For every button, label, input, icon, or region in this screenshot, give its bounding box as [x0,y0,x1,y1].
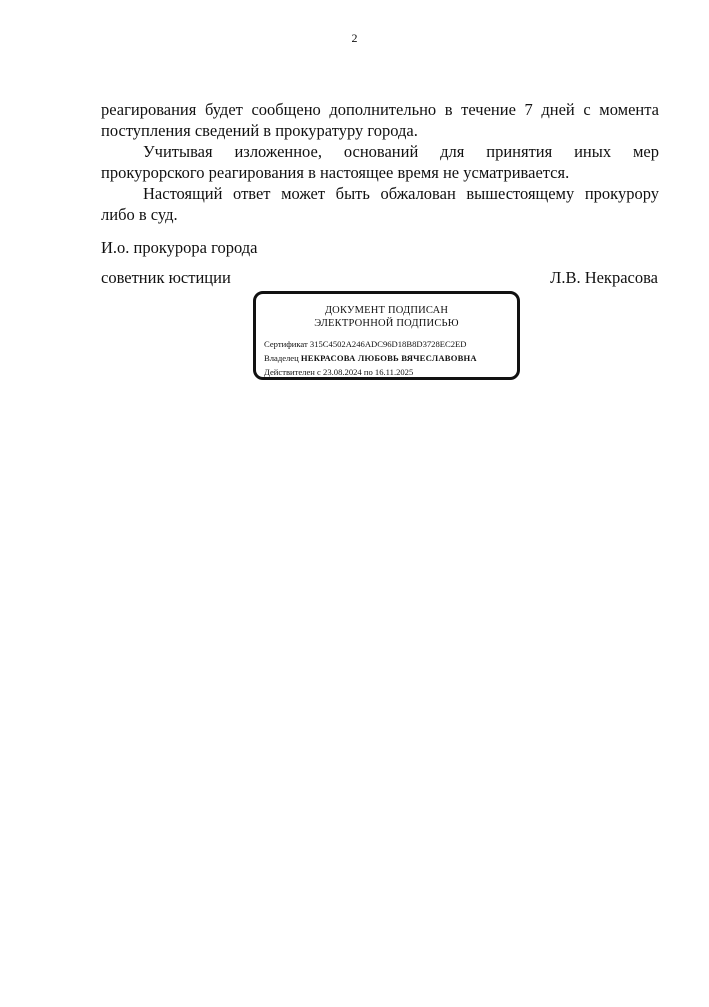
paragraph-appeal-notice: Настоящий ответ может быть обжалован выш… [101,183,659,225]
signer-rank: советник юстиции [101,268,231,288]
text-line: Настоящий ответ может быть обжалован выш… [101,183,659,204]
valid-from-prefix: с [317,367,321,377]
page-number: 2 [0,31,709,46]
valid-to: 16.11.2025 [375,367,413,377]
text-line: реагирования будет сообщено дополнительн… [101,99,659,120]
paragraph-response-notice: реагирования будет сообщено дополнительн… [101,99,659,141]
stamp-heading-line: ДОКУМЕНТ ПОДПИСАН [256,304,517,317]
signer-name: Л.В. Некрасова [550,268,658,288]
valid-from: 23.08.2024 [323,367,362,377]
text-line: прокурорского реагирования в настоящее в… [101,162,659,183]
text-line: либо в суд. [101,204,659,225]
electronic-signature-stamp: ДОКУМЕНТ ПОДПИСАН ЭЛЕКТРОННОЙ ПОДПИСЬЮ С… [253,291,520,380]
certificate-value: 315C4502A246ADC96D18B8D3728EC2ED [310,339,467,349]
owner-value: НЕКРАСОВА ЛЮБОВЬ ВЯЧЕСЛАВОВНА [301,353,477,363]
stamp-certificate: Сертификат 315C4502A246ADC96D18B8D3728EC… [264,339,467,349]
signer-position: И.о. прокурора города [101,238,257,258]
paragraph-conclusion: Учитывая изложенное, оснований для приня… [101,141,659,183]
owner-label: Владелец [264,353,299,363]
stamp-validity: Действителен с 23.08.2024 по 16.11.2025 [264,367,413,377]
valid-to-prefix: по [364,367,373,377]
stamp-owner: Владелец НЕКРАСОВА ЛЮБОВЬ ВЯЧЕСЛАВОВНА [264,353,477,363]
stamp-heading-line: ЭЛЕКТРОННОЙ ПОДПИСЬЮ [256,317,517,330]
stamp-heading: ДОКУМЕНТ ПОДПИСАН ЭЛЕКТРОННОЙ ПОДПИСЬЮ [256,304,517,330]
text-line: поступления сведений в прокуратуру город… [101,120,659,141]
letter-body: реагирования будет сообщено дополнительн… [101,99,659,225]
text-line: Учитывая изложенное, оснований для приня… [101,141,659,162]
certificate-label: Сертификат [264,339,308,349]
valid-label: Действителен [264,367,315,377]
